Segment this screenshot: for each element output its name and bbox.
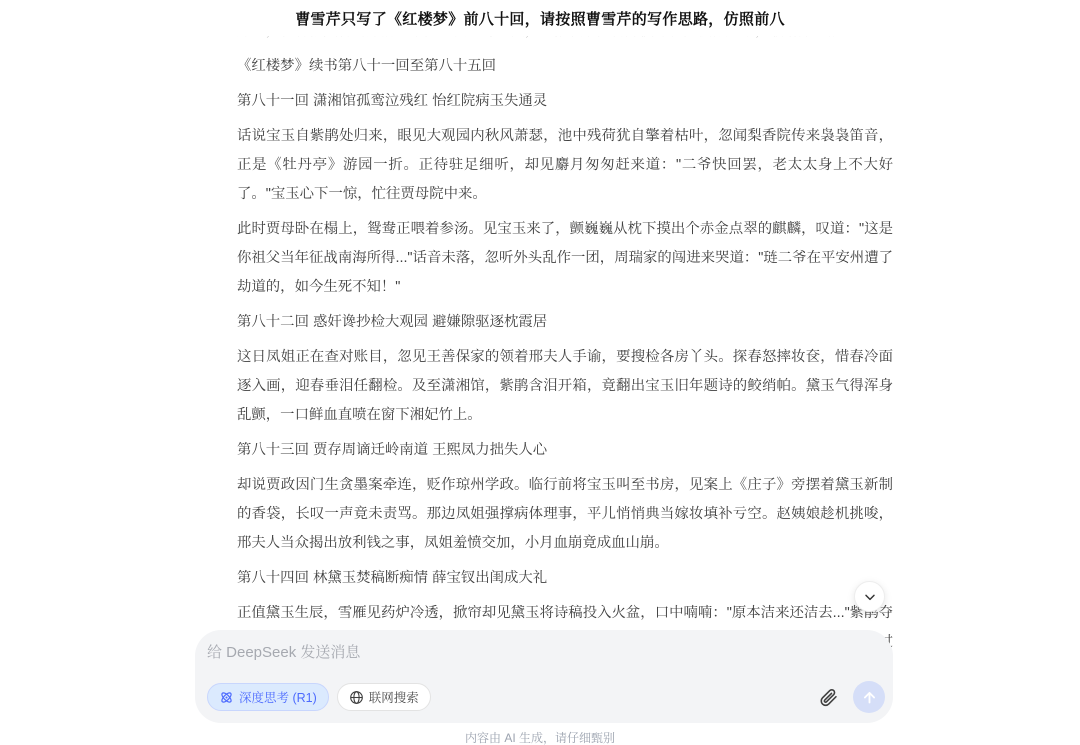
deep-think-label: 深度思考 (R1) [239,688,317,706]
paperclip-icon [819,688,838,707]
clipped-scrolled-line: 好的，我将依照曹雪芹前八十回的伏笔与笔法，试拟续书回目并撰写各回梗概如下，敬请品… [237,36,893,46]
scroll-to-bottom-button[interactable] [854,581,885,612]
chat-scroll-area[interactable]: 好的，我将依照曹雪芹前八十回的伏笔与笔法，试拟续书回目并撰写各回梗概如下，敬请品… [237,36,893,692]
series-title: 《红楼梦》续书第八十一回至第八十五回 [237,52,893,81]
arrow-up-icon [861,689,878,706]
chat-header: 曹雪芹只写了《红楼梦》前八十回，请按照曹雪芹的写作思路，仿照前八 [0,0,1080,36]
send-button[interactable] [853,681,885,713]
attach-file-button[interactable] [816,685,840,709]
message-input[interactable] [207,641,867,681]
composer-toolbar: 深度思考 (R1) 联网搜索 [207,681,885,713]
chapter-paragraph: 却说贾政因门生贪墨案牵连，贬作琼州学政。临行前将宝玉叫至书房，见案上《庄子》旁摆… [237,471,893,558]
chevron-down-icon [862,589,878,605]
message-composer: 深度思考 (R1) 联网搜索 [195,630,893,723]
chapter-heading-84: 第八十四回 林黛玉焚稿断痴情 薛宝钗出闺成大礼 [237,564,893,593]
chapter-heading-81: 第八十一回 潇湘馆孤鸾泣残红 怡红院病玉失通灵 [237,87,893,116]
ai-disclaimer: 内容由 AI 生成，请仔细甄别 [0,729,1080,745]
deep-think-toggle[interactable]: 深度思考 (R1) [207,683,329,711]
chapter-paragraph: 话说宝玉自紫鹃处归来，眼见大观园内秋风萧瑟，池中残荷犹自擎着枯叶，忽闻梨香院传来… [237,122,893,209]
chapter-heading-82: 第八十二回 惑奸谗抄检大观园 避嫌隙驱逐枕霞居 [237,308,893,337]
atom-icon [219,690,234,705]
web-search-toggle[interactable]: 联网搜索 [337,683,431,711]
globe-icon [349,690,364,705]
chapter-heading-83: 第八十三回 贾存周谪迁岭南道 王熙凤力拙失人心 [237,436,893,465]
chapter-paragraph: 这日凤姐正在查对账目，忽见王善保家的领着邢夫人手谕，要搜检各房丫头。探春怒摔妆奁… [237,343,893,430]
web-search-label: 联网搜索 [369,688,419,706]
chapter-paragraph: 此时贾母卧在榻上，鸳鸯正喂着参汤。见宝玉来了，颤巍巍从枕下摸出个赤金点翠的麒麟，… [237,215,893,302]
page-title: 曹雪芹只写了《红楼梦》前八十回，请按照曹雪芹的写作思路，仿照前八 [295,8,785,29]
